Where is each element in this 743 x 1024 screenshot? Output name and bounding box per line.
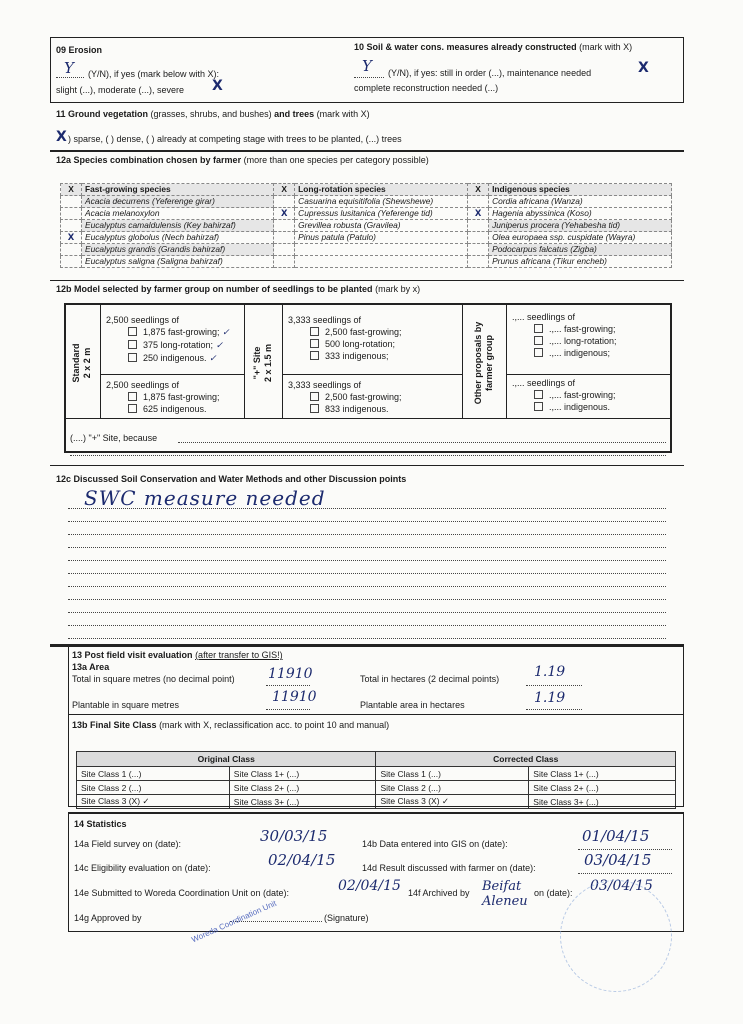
section-12b-title: 12b Model selected by farmer group on nu… [56, 284, 420, 295]
section-10-title: 10 Soil & water cons. measures already c… [354, 42, 632, 53]
standard-option-a[interactable]: 2,500 seedlings of 1,875 fast-growing; ✓… [106, 314, 230, 365]
section-11-title: 11 Ground vegetation (grasses, shrubs, a… [56, 109, 370, 120]
plus-spacing: 2 x 1.5 m [263, 333, 274, 393]
species-row: Eucalyptus camaldulensis (Key bahirzaf) … [61, 220, 672, 232]
fast-mark[interactable] [61, 256, 82, 268]
fast-species: Acacia melanoxylon [82, 208, 274, 220]
discussion-line[interactable] [68, 625, 666, 626]
erosion-yn-label: (Y/N), if yes (mark below with X): [88, 69, 219, 80]
severe-checkbox-mark[interactable]: X [212, 81, 223, 92]
model-hsep [506, 374, 672, 375]
reconstruction-option: complete reconstruction needed (...) [354, 83, 498, 94]
swc-answer[interactable]: Y [362, 61, 372, 72]
eligibility-label: 14c Eligibility evaluation on (date): [74, 863, 211, 874]
fast-species: Eucalyptus saligna (Saligna bahirzaf) [82, 256, 274, 268]
vegetation-options: ) sparse, ( ) dense, ( ) already at comp… [68, 134, 402, 145]
eligibility-date[interactable]: 02/04/15 [268, 855, 335, 866]
signature-label: (Signature) [324, 913, 369, 924]
option-item[interactable]: 500 long-rotation; [288, 338, 402, 350]
other-label-text: Other proposals by [473, 315, 484, 411]
checkbox[interactable] [534, 324, 543, 333]
standard-option-b[interactable]: 2,500 seedlings of 1,875 fast-growing; 6… [106, 379, 220, 415]
because-line-2[interactable] [70, 455, 666, 456]
section-11-title-note2: (mark with X) [317, 109, 370, 119]
option-item-label: 250 indigenous. [143, 353, 207, 363]
model-hsep [100, 374, 244, 375]
option-item[interactable]: 250 indigenous. ✓ [106, 352, 230, 365]
standard-label: Standard 2 x 2 m [71, 333, 93, 393]
fast-species: Eucalyptus camaldulensis (Key bahirzaf) [82, 220, 274, 232]
discussion-line[interactable] [68, 547, 666, 548]
long-species [295, 256, 468, 268]
checkbox[interactable] [534, 402, 543, 411]
discussion-line[interactable] [68, 638, 666, 639]
swc-yn-label: (Y/N), if yes: still in order (...), mai… [388, 68, 591, 79]
option-item-label: .,... indigenous; [549, 348, 610, 358]
species-row: X Eucalyptus globolus (Nech bahirzaf) Pi… [61, 232, 672, 244]
ind-species: Podocarpus falcatus (Zigba) [489, 244, 672, 256]
discussion-line[interactable] [68, 508, 666, 509]
species-row: Eucalyptus grandis (Grandis bahirzaf) Po… [61, 244, 672, 256]
model-hsep [64, 418, 672, 419]
erosion-answer-line [56, 77, 84, 78]
fast-mark[interactable] [61, 244, 82, 256]
plus-site-label: "+" Site 2 x 1.5 m [252, 333, 274, 393]
erosion-severity-options: slight (...), moderate (...), severe [56, 85, 184, 96]
option-item[interactable]: .,... fast-growing; [512, 389, 616, 401]
model-sep [100, 303, 101, 418]
section-12a-title: 12a Species combination chosen by farmer… [56, 155, 429, 166]
long-species: Grevillea robusta (Gravilea) [295, 220, 468, 232]
section-12a-title-bold: 12a Species combination chosen by farmer [56, 155, 241, 165]
ind-mark[interactable]: X [468, 208, 489, 220]
divider-12a [50, 280, 684, 281]
option-head: 2,500 seedlings of [106, 314, 230, 326]
long-mark[interactable] [274, 256, 295, 268]
long-mark[interactable]: X [274, 208, 295, 220]
archived-on-label: on (date): [534, 888, 573, 899]
fast-species: Acacia decurrens (Yeferenge girar) [82, 196, 274, 208]
long-mark[interactable] [274, 244, 295, 256]
result-discussed-date[interactable]: 03/04/15 [584, 855, 651, 866]
checkmark-icon: ✓ [216, 341, 224, 351]
section-12b-title-bold: 12b Model selected by farmer group on nu… [56, 284, 373, 294]
fast-species: Eucalyptus globolus (Nech bahirzaf) [82, 232, 274, 244]
fast-growing-header: Fast-growing species [82, 184, 274, 196]
discussion-line[interactable] [68, 612, 666, 613]
indigenous-header: Indigenous species [489, 184, 672, 196]
ind-mark[interactable] [468, 232, 489, 244]
long-mark[interactable] [274, 196, 295, 208]
section-12b-title-note: (mark by x) [375, 284, 420, 294]
archived-by-label: 14f Archived by [408, 888, 470, 899]
fast-mark[interactable]: X [61, 232, 82, 244]
divider-11 [50, 150, 684, 152]
option-item-label: 833 indigenous. [325, 404, 389, 414]
checkbox[interactable] [128, 404, 137, 413]
fast-mark[interactable] [61, 208, 82, 220]
round-stamp-icon [560, 880, 672, 992]
section-11-title-note: (grasses, shrubs, and bushes) [151, 109, 272, 119]
option-head: .,... seedlings of [512, 311, 617, 323]
divider-12b [50, 465, 684, 466]
option-head: 3,333 seedlings of [288, 379, 402, 391]
option-item-label: 375 long-rotation; [143, 340, 213, 350]
option-item[interactable]: 333 indigenous; [288, 350, 402, 362]
option-item[interactable]: 833 indigenous. [288, 403, 402, 415]
gis-entry-label: 14b Data entered into GIS on (date): [362, 839, 508, 850]
option-item[interactable]: 1,875 fast-growing; ✓ [106, 326, 230, 339]
long-x-header: X [274, 184, 295, 196]
checkbox[interactable] [128, 392, 137, 401]
species-table: X Fast-growing species X Long-rotation s… [60, 183, 672, 268]
model-sep [462, 303, 463, 418]
model-sep [244, 303, 245, 418]
option-item[interactable]: 2,500 fast-growing; [288, 326, 402, 338]
submitted-label: 14e Submitted to Woreda Coordination Uni… [74, 888, 289, 899]
option-item[interactable]: 375 long-rotation; ✓ [106, 339, 230, 352]
because-line-1[interactable] [178, 442, 666, 443]
model-sep [506, 303, 507, 418]
option-item-label: 500 long-rotation; [325, 339, 395, 349]
discussion-line[interactable] [68, 573, 666, 574]
ind-mark[interactable] [468, 196, 489, 208]
maintenance-checkbox-mark[interactable]: X [638, 63, 649, 74]
long-mark[interactable] [274, 232, 295, 244]
ind-species: Hagenia abyssinica (Koso) [489, 208, 672, 220]
section-10-title-note: (mark with X) [579, 42, 632, 52]
model-hsep [282, 374, 462, 375]
standard-label-text: Standard [71, 333, 82, 393]
option-head: 3,333 seedlings of [288, 314, 402, 326]
other-label-text2: farmer group [484, 315, 495, 411]
gis-entry-date[interactable]: 01/04/15 [582, 831, 649, 842]
section-14-title: 14 Statistics [74, 819, 127, 830]
discussion-line[interactable] [68, 521, 666, 522]
archived-by-name[interactable]: Beifat Aleneu [482, 879, 542, 909]
discussion-line[interactable] [68, 586, 666, 587]
section-12c-title: 12c Discussed Soil Conservation and Wate… [56, 474, 406, 485]
ind-mark[interactable] [468, 220, 489, 232]
option-item[interactable]: 1,875 fast-growing; [106, 391, 220, 403]
checkbox[interactable] [310, 392, 319, 401]
checkbox[interactable] [128, 327, 137, 336]
ind-x-header: X [468, 184, 489, 196]
long-species: Casuarina equisitifolia (Shewshewe) [295, 196, 468, 208]
checkbox[interactable] [310, 351, 319, 360]
option-item-label: 625 indigenous. [143, 404, 207, 414]
option-item-label: 1,875 fast-growing; [143, 327, 220, 337]
option-item-label: 333 indigenous; [325, 351, 389, 361]
checkbox[interactable] [128, 340, 137, 349]
discussion-line[interactable] [68, 599, 666, 600]
long-rotation-header: Long-rotation species [295, 184, 468, 196]
checkbox[interactable] [534, 390, 543, 399]
discussion-line[interactable] [68, 534, 666, 535]
section-09-title: 09 Erosion [56, 45, 102, 56]
option-item-label: 2,500 fast-growing; [325, 327, 402, 337]
checkbox[interactable] [534, 336, 543, 345]
model-sep [282, 303, 283, 418]
option-item-label: .,... fast-growing; [549, 324, 616, 334]
section-10-title-bold: 10 Soil & water cons. measures already c… [354, 42, 577, 52]
ind-species: Prunus africana (Tikur encheb) [489, 256, 672, 268]
other-proposals-label: Other proposals by farmer group [473, 315, 495, 411]
checkbox[interactable] [310, 404, 319, 413]
erosion-answer[interactable]: Y [64, 63, 74, 74]
option-item-label: 2,500 fast-growing; [325, 392, 402, 402]
standard-spacing: 2 x 2 m [82, 333, 93, 393]
sparse-checkbox-mark[interactable]: X [56, 132, 67, 143]
checkmark-icon: ✓ [222, 328, 230, 338]
option-item-label: .,... fast-growing; [549, 390, 616, 400]
option-item-label: .,... indigenous. [549, 402, 610, 412]
species-header-row: X Fast-growing species X Long-rotation s… [61, 184, 672, 196]
option-item-label: 1,875 fast-growing; [143, 392, 220, 402]
ind-mark[interactable] [468, 244, 489, 256]
plus-option-a[interactable]: 3,333 seedlings of 2,500 fast-growing; 5… [288, 314, 402, 362]
section-12a-title-note: (more than one species per category poss… [244, 155, 429, 165]
checkbox[interactable] [310, 339, 319, 348]
section-13-border [68, 645, 684, 807]
option-item[interactable]: .,... long-rotation; [512, 335, 617, 347]
long-species: Pinus patula (Patulo) [295, 232, 468, 244]
result-discussed-label: 14d Result discussed with farmer on (dat… [362, 863, 536, 874]
fast-species: Eucalyptus grandis (Grandis bahirzaf) [82, 244, 274, 256]
field-survey-date[interactable]: 30/03/15 [260, 831, 327, 842]
long-mark[interactable] [274, 220, 295, 232]
fast-mark[interactable] [61, 196, 82, 208]
option-item[interactable]: 625 indigenous. [106, 403, 220, 415]
field-survey-label: 14a Field survey on (date): [74, 839, 181, 850]
other-option-b[interactable]: .,... seedlings of .,... fast-growing; .… [512, 377, 616, 413]
plus-site-because-label: (....) "+" Site, because [70, 433, 157, 444]
section-11-title-bold2: and trees [274, 109, 314, 119]
ind-mark[interactable] [468, 256, 489, 268]
section-11-title-bold: 11 Ground vegetation [56, 109, 148, 119]
swc-answer-line [354, 77, 384, 78]
option-item[interactable]: 2,500 fast-growing; [288, 391, 402, 403]
plus-option-b[interactable]: 3,333 seedlings of 2,500 fast-growing; 8… [288, 379, 402, 415]
fast-x-header: X [61, 184, 82, 196]
other-option-a[interactable]: .,... seedlings of .,... fast-growing; .… [512, 311, 617, 359]
option-item[interactable]: .,... fast-growing; [512, 323, 617, 335]
option-head: .,... seedlings of [512, 377, 616, 389]
submitted-date[interactable]: 02/04/15 [338, 881, 401, 892]
ind-species: Cordia africana (Wanza) [489, 196, 672, 208]
checkmark-icon: ✓ [209, 354, 217, 364]
ind-species: Olea europaea ssp. cuspidate (Wayra) [489, 232, 672, 244]
species-row: Acacia melanoxylon X Cupressus lusitanic… [61, 208, 672, 220]
checkbox[interactable] [310, 327, 319, 336]
form-page: 09 Erosion Y (Y/N), if yes (mark below w… [50, 37, 684, 942]
gis-entry-line [578, 849, 672, 850]
checkbox[interactable] [534, 348, 543, 357]
checkbox[interactable] [128, 353, 137, 362]
species-row: Acacia decurrens (Yeferenge girar) Casua… [61, 196, 672, 208]
result-discussed-line [578, 873, 672, 874]
species-row: Eucalyptus saligna (Saligna bahirzaf) Pr… [61, 256, 672, 268]
option-item[interactable]: .,... indigenous. [512, 401, 616, 413]
ind-species: Juniperus procera (Yehabesha tid) [489, 220, 672, 232]
long-species [295, 244, 468, 256]
approved-by-label: 14g Approved by [74, 913, 142, 924]
long-species: Cupressus lusitanica (Yeferenge tid) [295, 208, 468, 220]
discussion-line[interactable] [68, 560, 666, 561]
option-item[interactable]: .,... indigenous; [512, 347, 617, 359]
option-item-label: .,... long-rotation; [549, 336, 617, 346]
option-head: 2,500 seedlings of [106, 379, 220, 391]
fast-mark[interactable] [61, 220, 82, 232]
plus-label-text: "+" Site [252, 333, 263, 393]
discussion-handwritten[interactable]: SWC measure needed [84, 487, 326, 509]
